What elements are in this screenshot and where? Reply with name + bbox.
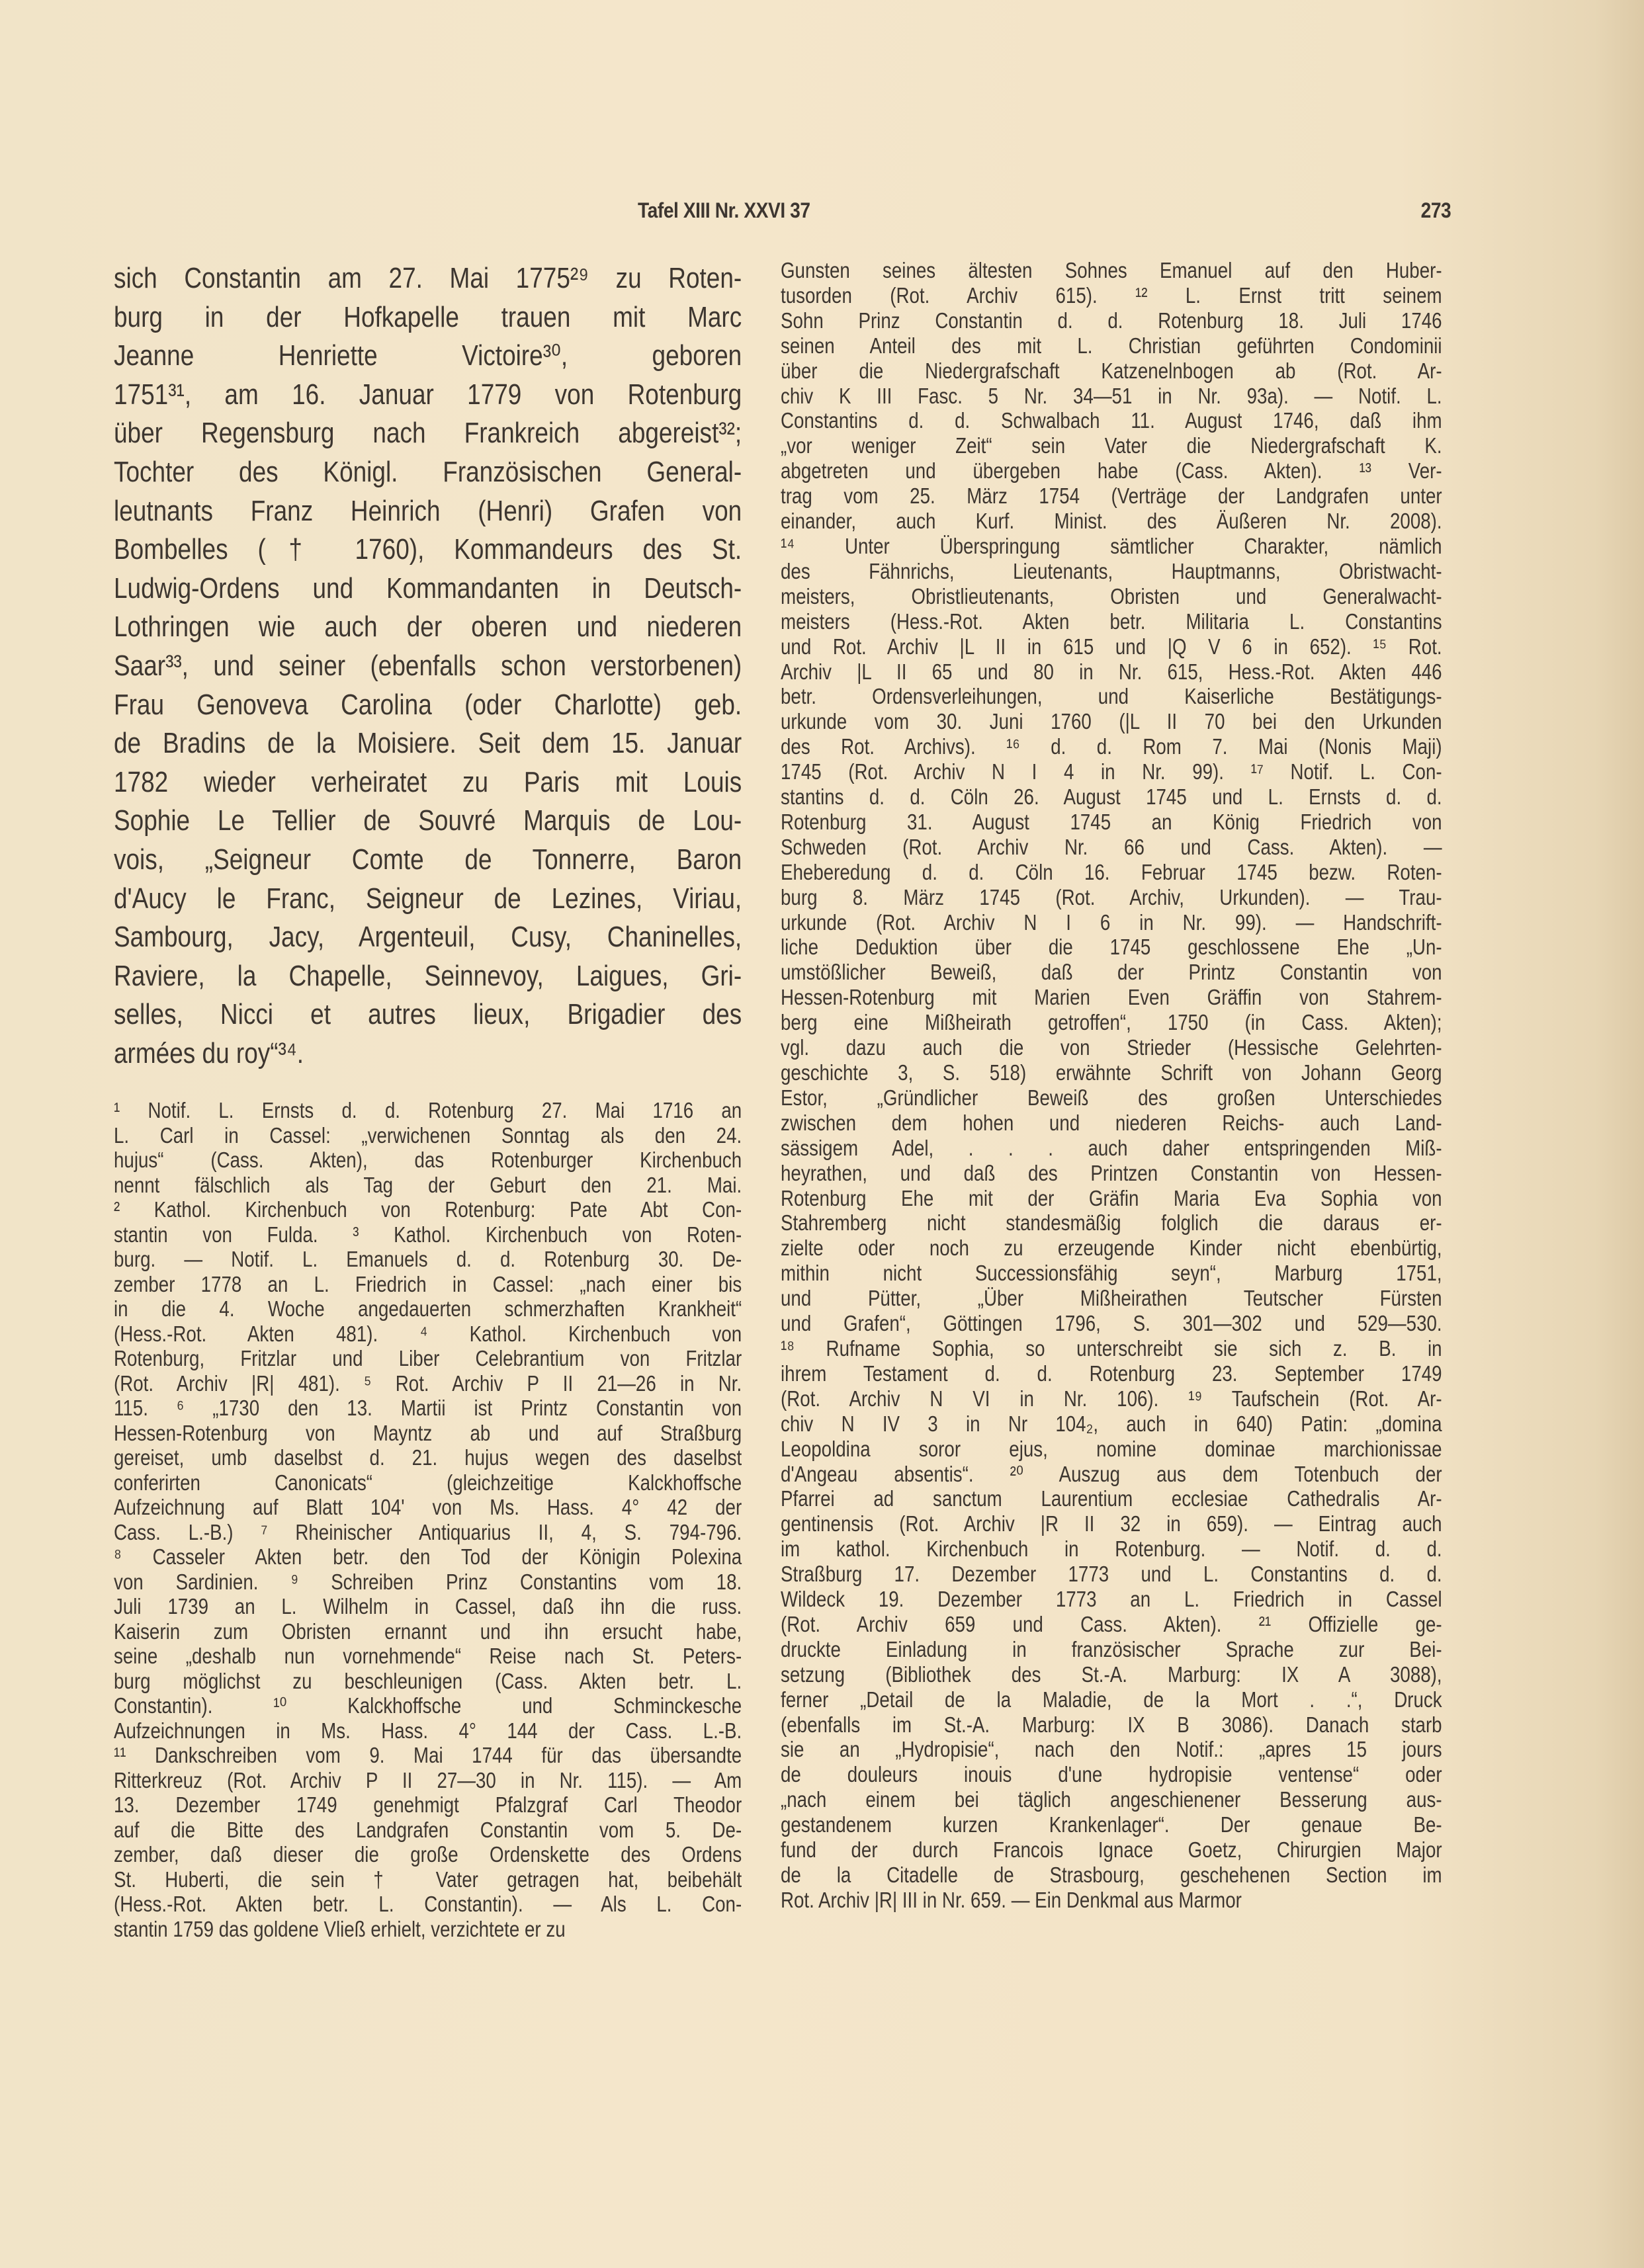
footnote-line: gereiset, umb daselbst d. 21. hujus wege…: [114, 1445, 742, 1470]
footnote-line: liche Deduktion über die 1745 geschlosse…: [781, 935, 1442, 960]
body-line: vois, „Seigneur Comte de Tonnerre, Baron: [114, 841, 742, 880]
footnote-line: trag vom 25. März 1754 (Verträge der Lan…: [781, 483, 1442, 509]
footnote-line: meisters (Hess.-Rot. Akten betr. Militar…: [781, 609, 1442, 634]
footnote-line: und Grafen“, Göttingen 1796, S. 301—302 …: [781, 1311, 1442, 1336]
footnote-line: in die 4. Woche angedauerten schmerzhaft…: [114, 1296, 742, 1322]
footnote-line: St. Huberti, die sein † Vater getragen h…: [114, 1867, 742, 1892]
footnote-line: im kathol. Kirchenbuch in Rotenburg. — N…: [781, 1536, 1442, 1562]
footnote-line: seinen Anteil des mit L. Christian gefüh…: [781, 333, 1442, 358]
footnote-line: (Hess.-Rot. Akten 481). ⁴ Kathol. Kirche…: [114, 1322, 742, 1347]
footnote-line: Schweden (Rot. Archiv Nr. 66 und Cass. A…: [781, 835, 1442, 860]
footnote-line: vgl. dazu auch die von Strieder (Hessisc…: [781, 1035, 1442, 1060]
footnote-line: Rotenburg, Fritzlar und Liber Celebranti…: [114, 1346, 742, 1371]
footnote-line: Rotenburg Ehe mit der Gräfin Maria Eva S…: [781, 1186, 1442, 1211]
footnote-line: Aufzeichnung auf Blatt 104' von Ms. Hass…: [114, 1495, 742, 1520]
footnote-line: L. Carl in Cassel: „verwichenen Sonntag …: [114, 1123, 742, 1148]
footnote-line: ihrem Testament d. d. Rotenburg 23. Sept…: [781, 1361, 1442, 1386]
footnote-line: gestandenem kurzen Krankenlager“. Der ge…: [781, 1812, 1442, 1837]
footnote-line: zwischen dem hohen und niederen Reichs- …: [781, 1111, 1442, 1136]
body-line: burg in der Hofkapelle trauen mit Marc: [114, 298, 742, 337]
footnote-line: Ritterkreuz (Rot. Archiv P II 27—30 in N…: [114, 1768, 742, 1793]
footnote-line: und Pütter, „Über Mißheirathen Teutscher…: [781, 1286, 1442, 1311]
body-line: d'Aucy le Franc, Seigneur de Lezines, Vi…: [114, 880, 742, 919]
footnote-line: nennt fälschlich als Tag der Geburt den …: [114, 1173, 742, 1198]
footnote-line: meisters, Obristlieutenants, Obristen un…: [781, 584, 1442, 609]
footnote-line: stantins d. d. Cöln 26. August 1745 und …: [781, 784, 1442, 810]
footnote-line: 115. ⁶ „1730 den 13. Martii ist Printz C…: [114, 1396, 742, 1421]
body-line: Sophie Le Tellier de Souvré Marquis de L…: [114, 802, 742, 841]
footnote-line: Straßburg 17. Dezember 1773 und L. Const…: [781, 1562, 1442, 1587]
body-line: Lothringen wie auch der oberen und niede…: [114, 608, 742, 647]
footnote-line: heyrathen, und daß des Printzen Constant…: [781, 1161, 1442, 1186]
body-line: de Bradins de la Moisiere. Seit dem 15. …: [114, 724, 742, 763]
footnote-line: Hessen-Rotenburg mit Marien Even Gräffin…: [781, 985, 1442, 1010]
footnote-line: Kaiserin zum Obristen ernannt und ihn er…: [114, 1619, 742, 1644]
footnote-line: urkunde (Rot. Archiv N I 6 in Nr. 99). —…: [781, 910, 1442, 935]
footnote-line: betr. Ordensverleihungen, und Kaiserlich…: [781, 684, 1442, 709]
footnote-line: ¹ Notif. L. Ernsts d. d. Rotenburg 27. M…: [114, 1098, 742, 1123]
body-line: Sambourg, Jacy, Argenteuil, Cusy, Chanin…: [114, 918, 742, 957]
footnote-line: tusorden (Rot. Archiv 615). ¹² L. Ernst …: [781, 283, 1442, 308]
footnote-line: setzung (Bibliothek des St.-A. Marburg: …: [781, 1662, 1442, 1687]
body-line: 1751³¹, am 16. Januar 1779 von Rotenburg: [114, 376, 742, 415]
running-header: Tafel XIII Nr. XXVI 37 273: [638, 198, 1342, 238]
footnote-line: Aufzeichnungen in Ms. Hass. 4° 144 der C…: [114, 1718, 742, 1743]
footnote-line: auf die Bitte des Landgrafen Constantin …: [114, 1818, 742, 1843]
footnote-line: (Rot. Archiv N VI in Nr. 106). ¹⁹ Taufsc…: [781, 1386, 1442, 1411]
footnote-line: ¹⁴ Unter Überspringung sämtlicher Charak…: [781, 534, 1442, 559]
body-line: armées du roy“³⁴.: [114, 1034, 742, 1073]
footnote-line: stantin 1759 das goldene Vließ erhielt, …: [114, 1917, 742, 1942]
footnote-line: Leopoldina soror ejus, nomine dominae ma…: [781, 1437, 1442, 1462]
footnote-line: burg möglichst zu beschleunigen (Cass. A…: [114, 1669, 742, 1694]
footnote-line: Constantin). ¹⁰ Kalckhoffsche und Schmin…: [114, 1693, 742, 1718]
footnote-line: Eheberedung d. d. Cöln 16. Februar 1745 …: [781, 860, 1442, 885]
footnote-line: fund der durch Francois Ignace Goetz, Ch…: [781, 1837, 1442, 1863]
footnote-line: sie an „Hydropisie“, nach den Notif.: „a…: [781, 1737, 1442, 1762]
footnote-line: Constantins d. d. Schwalbach 11. August …: [781, 408, 1442, 433]
footnote-line: (Hess.-Rot. Akten betr. L. Constantin). …: [114, 1892, 742, 1917]
document-page: Tafel XIII Nr. XXVI 37 273 sich Constant…: [0, 0, 1644, 2268]
body-line: Raviere, la Chapelle, Seinnevoy, Laigues…: [114, 957, 742, 996]
footnote-line: Hessen-Rotenburg von Mayntz ab und auf S…: [114, 1421, 742, 1446]
footnote-line: Archiv |L II 65 und 80 in Nr. 615, Hess.…: [781, 659, 1442, 685]
footnote-line: berg eine Mißheirath getroffen“, 1750 (i…: [781, 1010, 1442, 1035]
footnote-line: hujus“ (Cass. Akten), das Rotenburger Ki…: [114, 1148, 742, 1173]
footnote-line: gentinensis (Rot. Archiv |R II 32 in 659…: [781, 1511, 1442, 1536]
footnote-line: Sohn Prinz Constantin d. d. Rotenburg 18…: [781, 308, 1442, 333]
footnote-line: zember, daß dieser die große Ordenskette…: [114, 1842, 742, 1867]
footnote-line: chiv K III Fasc. 5 Nr. 34—51 in Nr. 93a)…: [781, 384, 1442, 409]
body-line: sich Constantin am 27. Mai 1775²⁹ zu Rot…: [114, 259, 742, 298]
body-line: über Regensburg nach Frankreich abgereis…: [114, 414, 742, 453]
footnote-line: Juli 1739 an L. Wilhelm in Cassel, daß i…: [114, 1594, 742, 1619]
footnote-line: Rot. Archiv |R| III in Nr. 659. — Ein De…: [781, 1888, 1442, 1913]
footnotes-left: ¹ Notif. L. Ernsts d. d. Rotenburg 27. M…: [114, 1098, 742, 1941]
footnote-line: conferirten Canonicats“ (gleichzeitige K…: [114, 1470, 742, 1495]
footnote-line: einander, auch Kurf. Minist. des Äußeren…: [781, 509, 1442, 534]
footnote-line: „vor weniger Zeit“ sein Vater die Nieder…: [781, 433, 1442, 458]
footnote-line: burg. — Notif. L. Emanuels d. d. Rotenbu…: [114, 1247, 742, 1272]
footnote-line: (Rot. Archiv 659 und Cass. Akten). ²¹ Of…: [781, 1612, 1442, 1637]
footnote-line: druckte Einladung in französischer Sprac…: [781, 1637, 1442, 1662]
footnote-line: zielte oder noch zu erzeugende Kinder ni…: [781, 1236, 1442, 1261]
body-line: Saar³³, und seiner (ebenfalls schon vers…: [114, 647, 742, 686]
footnote-line: 1745 (Rot. Archiv N I 4 in Nr. 99). ¹⁷ N…: [781, 759, 1442, 784]
footnotes-right: Gunsten seines ältesten Sohnes Emanuel a…: [781, 258, 1442, 1913]
footnote-line: umstößlicher Beweiß, daß der Printz Cons…: [781, 960, 1442, 985]
body-line: selles, Nicci et autres lieux, Brigadier…: [114, 995, 742, 1034]
body-line: Bombelles († 1760), Kommandeurs des St.: [114, 530, 742, 569]
footnote-line: (Rot. Archiv |R| 481). ⁵ Rot. Archiv P I…: [114, 1371, 742, 1396]
body-line: Frau Genoveva Carolina (oder Charlotte) …: [114, 686, 742, 725]
footnote-line: Gunsten seines ältesten Sohnes Emanuel a…: [781, 258, 1442, 283]
footnote-line: stantin von Fulda. ³ Kathol. Kirchenbuch…: [114, 1222, 742, 1247]
body-line: Jeanne Henriette Victoire³⁰, geboren: [114, 337, 742, 376]
footnote-line: chiv N IV 3 in Nr 104₂, auch in 640) Pat…: [781, 1411, 1442, 1437]
body-line: 1782 wieder verheiratet zu Paris mit Lou…: [114, 763, 742, 802]
footnote-line: ¹¹ Dankschreiben vom 9. Mai 1744 für das…: [114, 1743, 742, 1768]
footnote-line: Cass. L.-B.) ⁷ Rheinischer Antiquarius I…: [114, 1520, 742, 1545]
body-line: leutnants Franz Heinrich (Henri) Grafen …: [114, 492, 742, 531]
body-line: Tochter des Königl. Französischen Genera…: [114, 453, 742, 492]
running-title: Tafel XIII Nr. XXVI 37: [638, 198, 810, 223]
footnote-line: Wildeck 19. Dezember 1773 an L. Friedric…: [781, 1587, 1442, 1612]
footnote-line: von Sardinien. ⁹ Schreiben Prinz Constan…: [114, 1570, 742, 1595]
footnote-line: geschichte 3, S. 518) erwähnte Schrift v…: [781, 1060, 1442, 1085]
footnote-line: de douleurs inouis d'une hydropisie vent…: [781, 1762, 1442, 1787]
main-body-text: sich Constantin am 27. Mai 1775²⁹ zu Rot…: [114, 259, 742, 1073]
footnote-line: des Fähnrichs, Lieutenants, Hauptmanns, …: [781, 559, 1442, 584]
footnote-line: Rotenburg 31. August 1745 an König Fried…: [781, 810, 1442, 835]
footnote-line: 13. Dezember 1749 genehmigt Pfalzgraf Ca…: [114, 1792, 742, 1818]
footnote-line: ferner „Detail de la Maladie, de la Mort…: [781, 1687, 1442, 1712]
footnote-line: burg 8. März 1745 (Rot. Archiv, Urkunden…: [781, 885, 1442, 910]
footnote-line: ¹⁸ Rufname Sophia, so unterschreibt sie …: [781, 1336, 1442, 1361]
page-number: 273: [1421, 198, 1451, 223]
footnote-line: urkunde vom 30. Juni 1760 (|L II 70 bei …: [781, 709, 1442, 734]
footnote-line: Pfarrei ad sanctum Laurentium ecclesiae …: [781, 1486, 1442, 1511]
body-line: Ludwig-Ordens und Kommandanten in Deutsc…: [114, 569, 742, 609]
left-column: sich Constantin am 27. Mai 1775²⁹ zu Rot…: [114, 259, 742, 1941]
footnote-line: ⁸ Casseler Akten betr. den Tod der König…: [114, 1544, 742, 1570]
footnote-line: über die Niedergrafschaft Katzenelnbogen…: [781, 358, 1442, 384]
footnote-line: Stahremberg nicht standesmäßig folglich …: [781, 1210, 1442, 1236]
right-column: Gunsten seines ältesten Sohnes Emanuel a…: [781, 258, 1442, 1913]
footnote-line: (ebenfalls im St.-A. Marburg: IX B 3086)…: [781, 1712, 1442, 1738]
footnote-line: zember 1778 an L. Friedrich in Cassel: „…: [114, 1272, 742, 1297]
footnote-line: seine „deshalb nun vornehmende“ Reise na…: [114, 1644, 742, 1669]
footnote-line: de la Citadelle de Strasbourg, geschehen…: [781, 1863, 1442, 1888]
footnote-line: „nach einem bei täglich angeschienener B…: [781, 1787, 1442, 1812]
footnote-line: ² Kathol. Kirchenbuch von Rotenburg: Pat…: [114, 1197, 742, 1222]
footnote-line: mithin nicht Successionsfähig seyn“, Mar…: [781, 1261, 1442, 1286]
footnote-line: sässigem Adel, . . . auch daher entsprin…: [781, 1136, 1442, 1161]
footnote-line: d'Angeau absentis“. ²⁰ Auszug aus dem To…: [781, 1462, 1442, 1487]
footnote-line: des Rot. Archivs). ¹⁶ d. d. Rom 7. Mai (…: [781, 734, 1442, 759]
footnote-line: und Rot. Archiv |L II in 615 und |Q V 6 …: [781, 634, 1442, 659]
footnote-line: Estor, „Gründlicher Beweiß des großen Un…: [781, 1085, 1442, 1111]
footnote-line: abgetreten und übergeben habe (Cass. Akt…: [781, 458, 1442, 483]
